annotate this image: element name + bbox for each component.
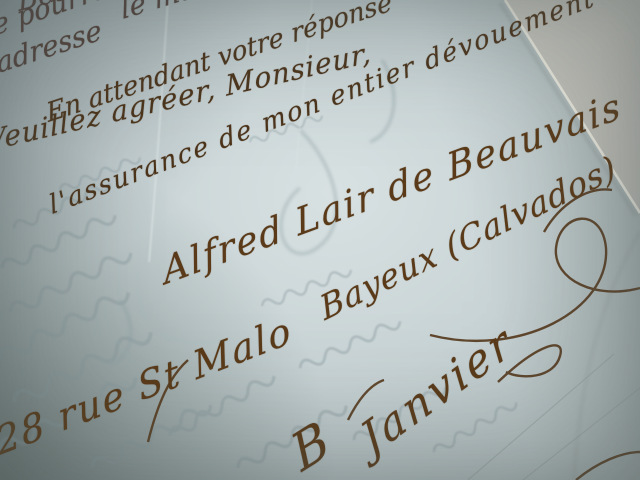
- letter-photo: Beauv Je pourrai le ma adresse En attend…: [0, 0, 640, 480]
